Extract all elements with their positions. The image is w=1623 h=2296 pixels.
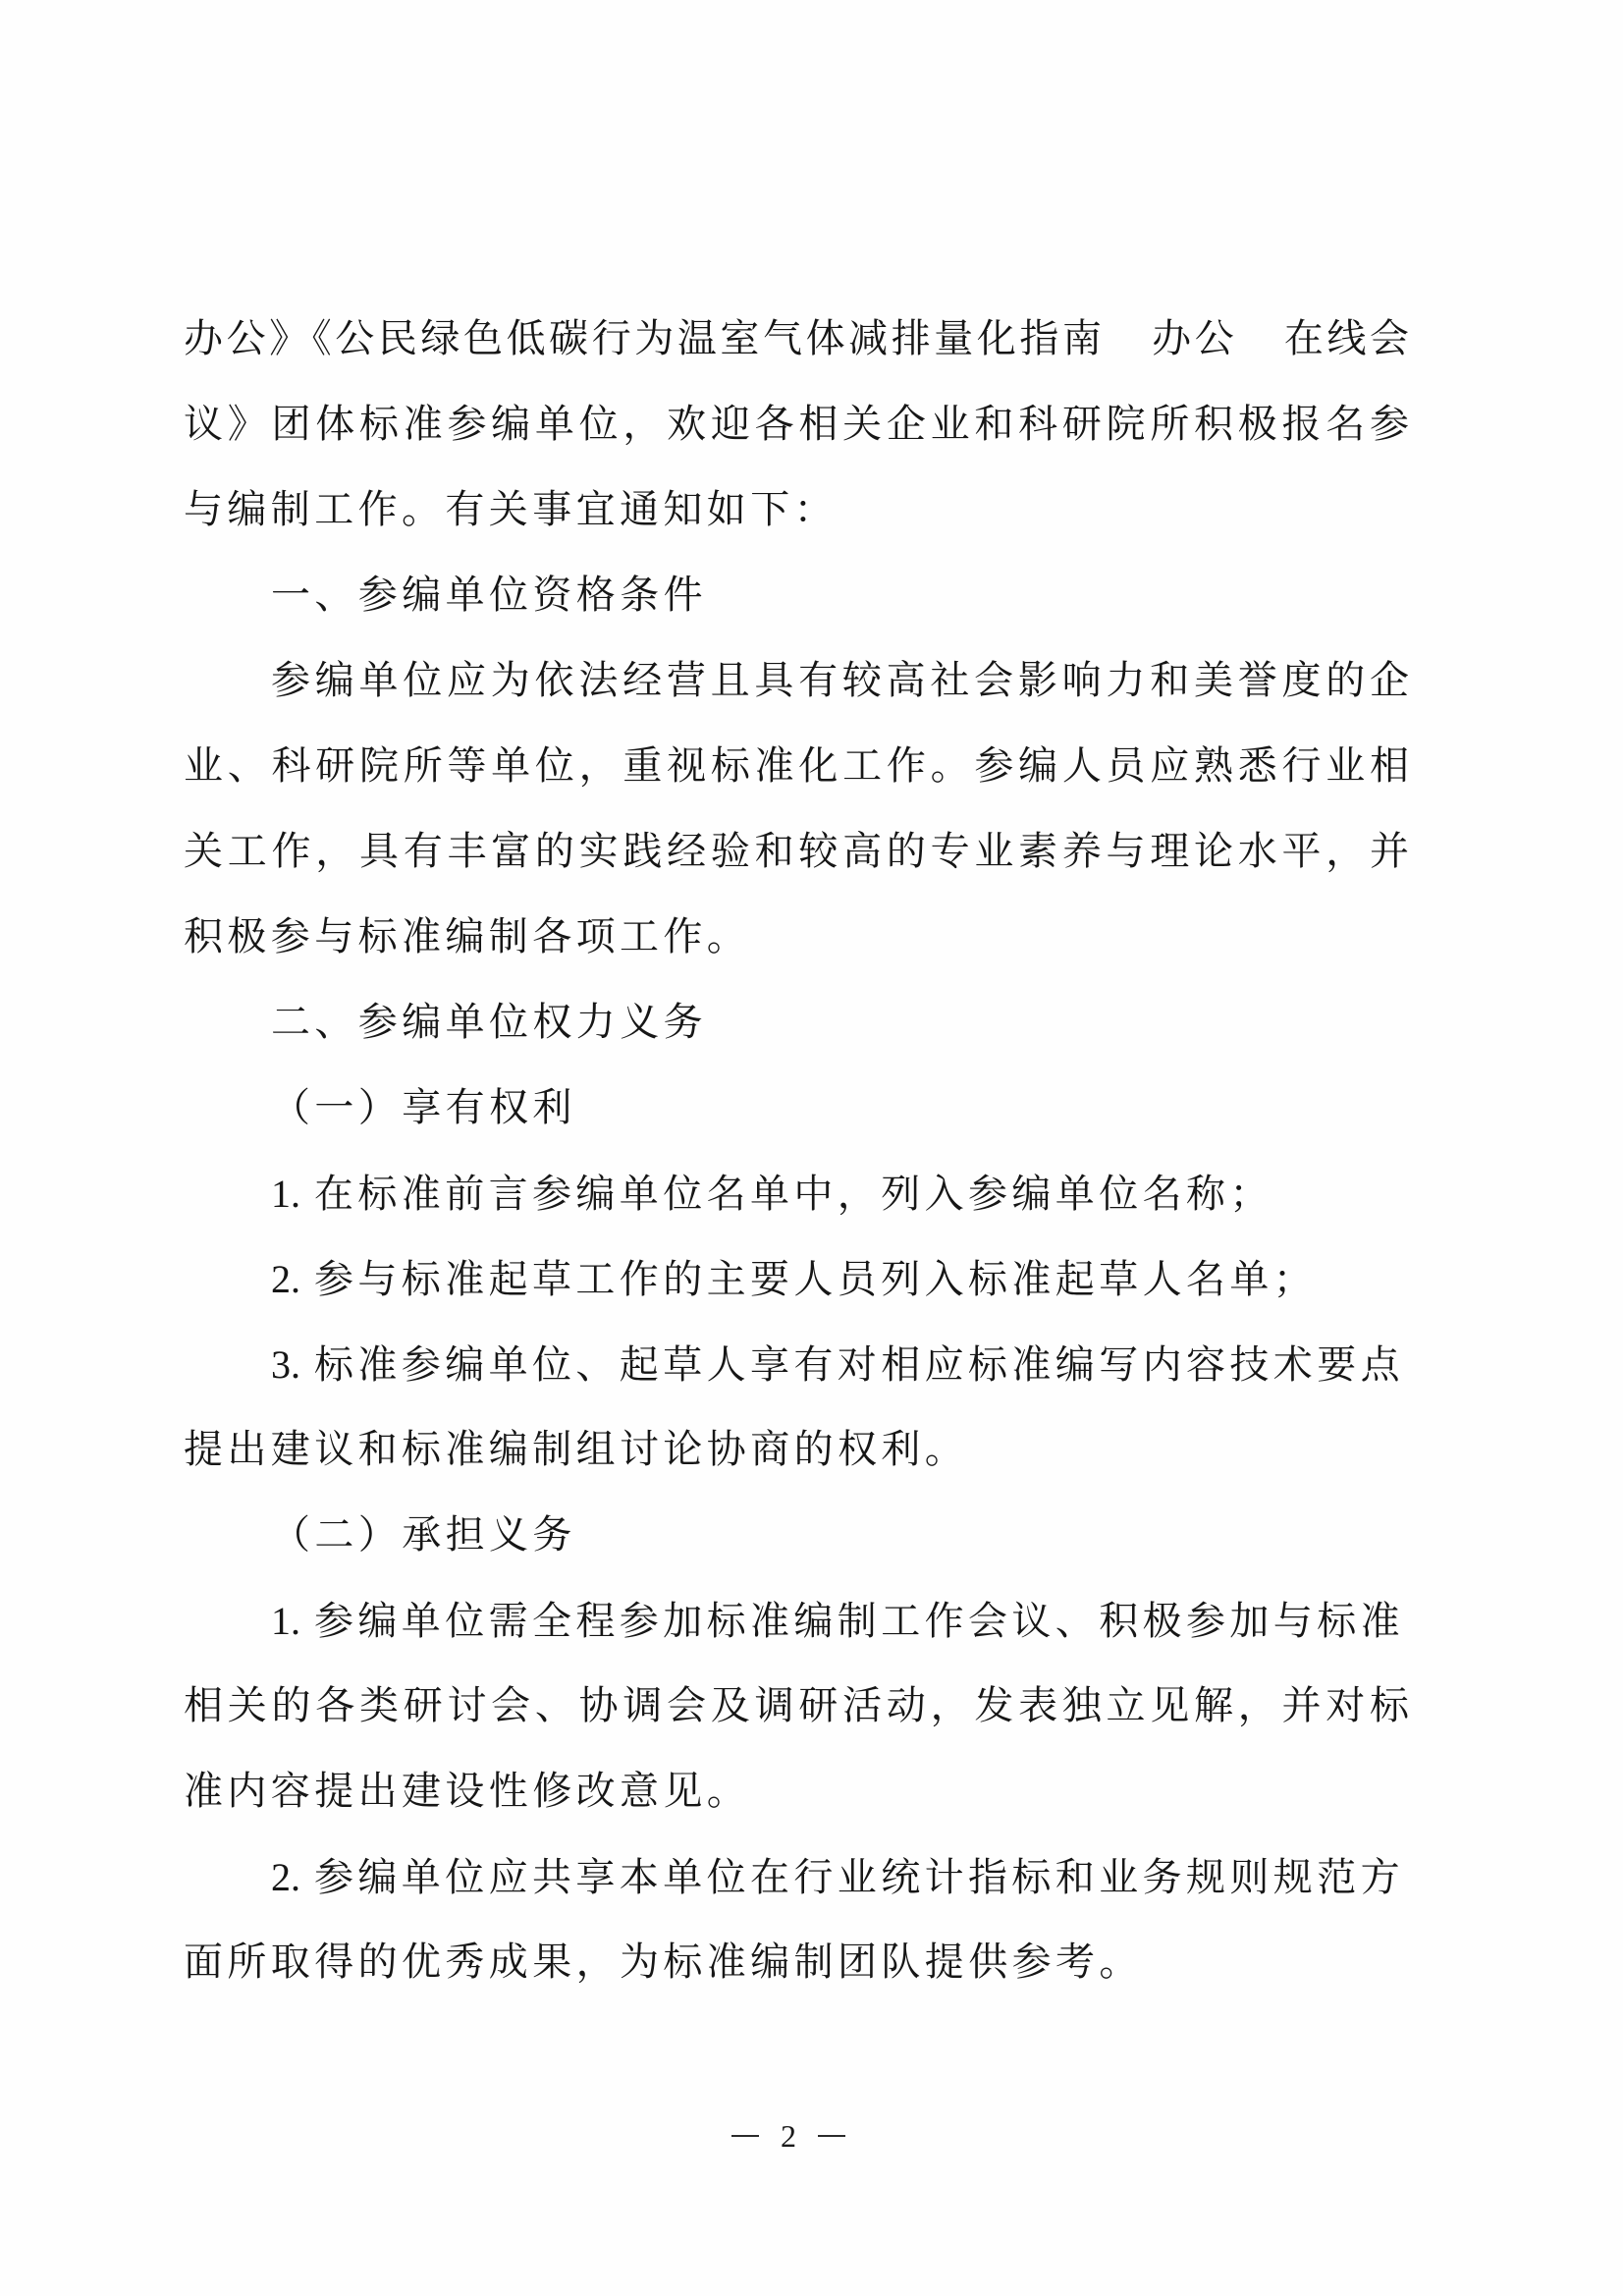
heading-text: （一）享有权利 <box>271 1085 576 1130</box>
list-item-rights-1: 1.在标准前言参编单位名单中，列入参编单位名称； <box>184 1151 1409 1236</box>
heading-text: （二）承担义务 <box>271 1512 576 1558</box>
dash-left <box>731 2135 759 2137</box>
line-text: 办公 <box>1149 316 1238 361</box>
list-number: 3. <box>271 1322 314 1407</box>
list-item-text: 标准参编单位、起草人享有对相应标准编写内容技术要点 <box>314 1342 1404 1388</box>
paragraph-line-6: 业、科研院所等单位，重视标准化工作。参编人员应熟悉行业相 <box>184 724 1409 809</box>
document-body: 办公》《公民绿色低碳行为温室气体减排量化指南办公在线会 议》团体标准参编单位，欢… <box>184 297 1409 2005</box>
list-item-rights-3: 3.标准参编单位、起草人享有对相应标准编写内容技术要点 <box>184 1322 1409 1407</box>
subsection-heading-obligations: （二）承担义务 <box>184 1493 1409 1578</box>
list-item-obligations-1: 1.参编单位需全程参加标准编制工作会议、积极参加与标准 <box>184 1578 1409 1664</box>
line-text: 积极参与标准编制各项工作。 <box>184 914 750 959</box>
paragraph-line-1: 办公》《公民绿色低碳行为温室气体减排量化指南办公在线会 <box>184 297 1409 382</box>
line-text: 在线会 <box>1280 316 1409 361</box>
dash-right <box>818 2135 845 2137</box>
paragraph-line-2: 议》团体标准参编单位，欢迎各相关企业和科研院所积极报名参 <box>184 382 1409 467</box>
paragraph-line-20: 面所取得的优秀成果，为标准编制团队提供参考。 <box>184 1920 1409 2005</box>
document-page: 办公》《公民绿色低碳行为温室气体减排量化指南办公在线会 议》团体标准参编单位，欢… <box>0 0 1623 2296</box>
paragraph-line-5: 参编单位应为依法经营且具有较高社会影响力和美誉度的企 <box>184 638 1409 724</box>
line-text: 关工作，具有丰富的实践经验和较高的专业素养与理论水平，并 <box>184 829 1409 874</box>
list-number: 2. <box>271 1834 314 1920</box>
list-item-text: 参编单位需全程参加标准编制工作会议、积极参加与标准 <box>314 1599 1404 1644</box>
list-item-obligations-2: 2.参编单位应共享本单位在行业统计指标和业务规则规范方 <box>184 1834 1409 1920</box>
paragraph-line-7: 关工作，具有丰富的实践经验和较高的专业素养与理论水平，并 <box>184 809 1409 895</box>
line-text: 参编单位应为依法经营且具有较高社会影响力和美誉度的企 <box>271 658 1409 703</box>
page-number-text: 2 <box>781 2118 796 2155</box>
line-text: 相关的各类研讨会、协调会及调研活动，发表独立见解，并对标 <box>184 1683 1409 1728</box>
page-number: 2 <box>731 2114 845 2158</box>
paragraph-line-17: 相关的各类研讨会、协调会及调研活动，发表独立见解，并对标 <box>184 1664 1409 1749</box>
line-text: 准内容提出建设性修改意见。 <box>184 1769 750 1814</box>
line-text: 面所取得的优秀成果，为标准编制团队提供参考。 <box>184 1940 1143 1985</box>
list-number: 2. <box>271 1236 314 1322</box>
line-text: 业、科研院所等单位，重视标准化工作。参编人员应熟悉行业相 <box>184 743 1409 789</box>
section-heading-1: 一、参编单位资格条件 <box>184 553 1409 638</box>
paragraph-line-14: 提出建议和标准编制组讨论协商的权利。 <box>184 1407 1409 1493</box>
list-item-text: 参与标准起草工作的主要人员列入标准起草人名单； <box>314 1257 1317 1302</box>
paragraph-line-18: 准内容提出建设性修改意见。 <box>184 1749 1409 1834</box>
list-number: 1. <box>271 1578 314 1664</box>
paragraph-line-3: 与编制工作。有关事宜通知如下： <box>184 467 1409 553</box>
list-item-text: 在标准前言参编单位名单中，列入参编单位名称； <box>314 1172 1273 1217</box>
list-item-text: 参编单位应共享本单位在行业统计指标和业务规则规范方 <box>314 1855 1404 1900</box>
line-text: 办公》《公民绿色低碳行为温室气体减排量化指南 <box>184 316 1106 361</box>
line-text: 提出建议和标准编制组讨论协商的权利。 <box>184 1427 968 1472</box>
list-item-rights-2: 2.参与标准起草工作的主要人员列入标准起草人名单； <box>184 1236 1409 1322</box>
heading-text: 一、参编单位资格条件 <box>271 573 707 618</box>
line-text: 与编制工作。有关事宜通知如下： <box>184 487 838 532</box>
section-heading-2: 二、参编单位权力义务 <box>184 980 1409 1066</box>
heading-text: 二、参编单位权力义务 <box>271 1000 707 1045</box>
subsection-heading-rights: （一）享有权利 <box>184 1066 1409 1151</box>
list-number: 1. <box>271 1151 314 1236</box>
paragraph-line-8: 积极参与标准编制各项工作。 <box>184 895 1409 980</box>
line-text: 议》团体标准参编单位，欢迎各相关企业和科研院所积极报名参 <box>184 402 1409 447</box>
